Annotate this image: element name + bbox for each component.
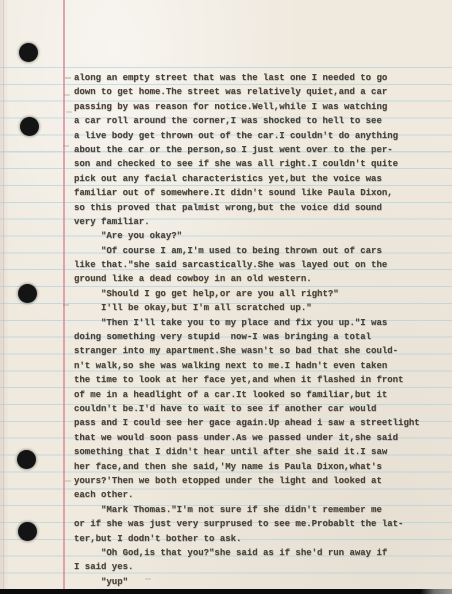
text-line: each other. xyxy=(74,488,446,502)
text-line: down to get home.The street was relative… xyxy=(74,85,446,99)
text-line: the time to look at her face yet,and whe… xyxy=(74,373,446,387)
text-line: along an empty street that was the last … xyxy=(74,71,446,85)
text-line: couldn't be.I'd have to wait to see if a… xyxy=(74,402,446,416)
text-line: familiar out of somewhere.It didn't soun… xyxy=(74,186,446,200)
punch-hole xyxy=(17,450,36,469)
punch-hole xyxy=(18,522,37,541)
text-line: that we would soon pass under.As we pass… xyxy=(74,431,446,445)
text-line: n't walk,so she was walking next to me.I… xyxy=(74,359,446,373)
text-line: pick out any facial characteristics yet,… xyxy=(74,172,446,186)
text-line: "Of course I am,I'm used to being thrown… xyxy=(74,244,446,258)
text-line: passing by was reason for notice.Well,wh… xyxy=(74,100,446,114)
text-line: very familiar. xyxy=(74,215,446,229)
text-line: doing something very stupid now-I was br… xyxy=(74,330,446,344)
text-line: pass and I could see her gace again.Up a… xyxy=(74,416,446,430)
text-line: her face,and then she said,'My name is P… xyxy=(74,460,446,474)
text-line: so this proved that palmist wrong,but th… xyxy=(74,201,446,215)
text-line: "Are you okay?" xyxy=(74,229,446,243)
text-line: ground like a dead cowboy in an old west… xyxy=(74,272,446,286)
text-line: a car roll around the corner,I was shock… xyxy=(74,114,446,128)
text-line: or if she was just very surprused to see… xyxy=(74,517,446,531)
text-line: "Should I go get help,or are you all rig… xyxy=(74,287,446,301)
paper-edge-line xyxy=(3,0,4,594)
text-line: ter,but I dodn't bother to ask. xyxy=(74,532,446,546)
smudge-marks xyxy=(65,77,71,79)
text-line: of me in a headlight of a car.It looked … xyxy=(74,388,446,402)
punch-hole xyxy=(19,43,38,62)
text-line: "Then I'll take you to my place and fix … xyxy=(74,316,446,330)
notebook-page: along an empty street that was the last … xyxy=(0,0,452,594)
text-line: I said yes. xyxy=(74,560,446,574)
text-line: yours?'Then we both etopped under the li… xyxy=(74,474,446,488)
left-margin-line xyxy=(63,0,65,594)
text-line: like that."she said sarcastically.She wa… xyxy=(74,258,446,272)
text-line: son and checked to see if she was all ri… xyxy=(74,157,446,171)
text-line: about the car or the person,so I just we… xyxy=(74,143,446,157)
scan-bottom-edge xyxy=(0,589,452,594)
text-line: "yup" xyxy=(74,575,446,589)
text-line: something that I didn't hear until after… xyxy=(74,445,446,459)
text-line: "Oh God,is that you?"she said as if she'… xyxy=(74,546,446,560)
punch-hole xyxy=(20,117,39,136)
text-line: I'll be okay,but I'm all scratched up." xyxy=(74,301,446,315)
typewritten-text: along an empty street that was the last … xyxy=(74,71,446,589)
punch-hole xyxy=(18,284,37,303)
text-line: a live body get thrown out of the car.I … xyxy=(74,129,446,143)
text-line: "Mark Thomas."I'm not sure if she didn't… xyxy=(74,503,446,517)
text-line: stranger into my apartment.She wasn't so… xyxy=(74,344,446,358)
